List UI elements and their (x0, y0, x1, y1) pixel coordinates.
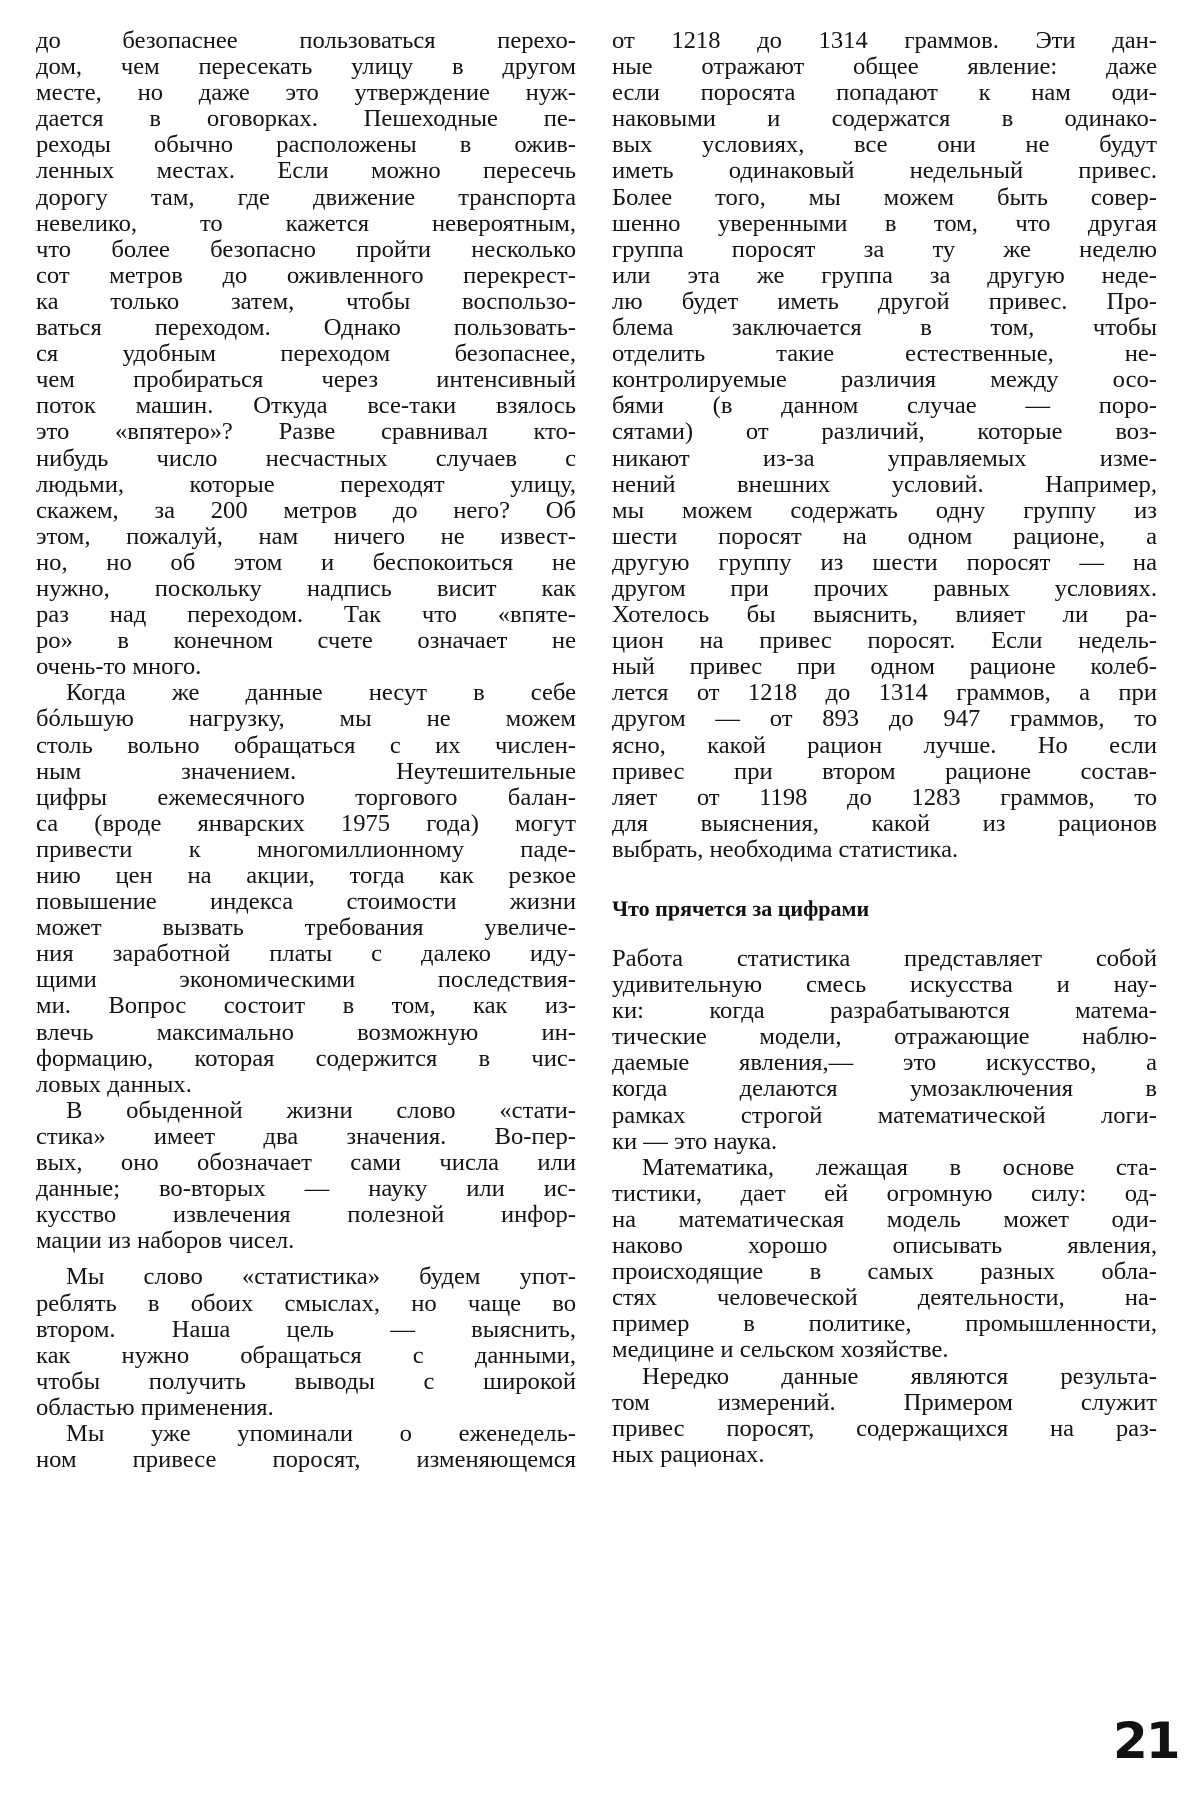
text-line: бями (в данном случае — поро- (612, 393, 1157, 419)
text-line: нений внешних условий. Например, (612, 472, 1157, 498)
text-line: данные; во-вторых — науку или ис- (36, 1176, 576, 1202)
text-line: контролируемые различия между осо- (612, 367, 1157, 393)
text-line: ный привес при одном рационе колеб- (612, 654, 1157, 680)
left-column-text: до безопаснее пользоваться перехо-дом, ч… (36, 28, 576, 1473)
text-line: ся удобным переходом безопаснее, (36, 341, 576, 367)
text-line: ки — это наука. (612, 1129, 1157, 1155)
text-line: лю будет иметь другой привес. Про- (612, 289, 1157, 315)
text-line: Работа статистика представляет собой (612, 946, 1157, 972)
text-line: повышение индекса стоимости жизни (36, 889, 576, 915)
text-line: ка только затем, чтобы воспользо- (36, 289, 576, 315)
text-line: нию цен на акции, тогда как резкое (36, 863, 576, 889)
text-line: поток машин. Откуда все-таки взялось (36, 393, 576, 419)
text-line: В обыденной жизни слово «стати- (36, 1098, 576, 1124)
text-line: Нередко данные являются результа- (612, 1364, 1157, 1390)
text-line: бóльшую нагрузку, мы не можем (36, 706, 576, 732)
text-line: для выяснения, какой из рационов (612, 811, 1157, 837)
text-line: Когда же данные несут в себе (36, 680, 576, 706)
text-line: блема заключается в том, чтобы (612, 315, 1157, 341)
text-line: ми. Вопрос состоит в том, как из- (36, 993, 576, 1019)
text-line: или эта же группа за другую неде- (612, 263, 1157, 289)
text-line: другом при прочих равных условиях. (612, 576, 1157, 602)
text-line: рамках строгой математической логи- (612, 1103, 1157, 1129)
text-line: чем пробираться через интенсивный (36, 367, 576, 393)
text-line: тические модели, отражающие наблю- (612, 1024, 1157, 1050)
section-heading: Что прячется за цифрами (612, 896, 869, 922)
text-line: на математическая модель может оди- (612, 1207, 1157, 1233)
text-line: пример в политике, промышленности, (612, 1311, 1157, 1337)
text-line: скажем, за 200 метров до него? Об (36, 498, 576, 524)
text-line: ном привесе поросят, изменяющемся (36, 1447, 576, 1473)
text-line: привес поросят, содержащихся на раз- (612, 1416, 1157, 1442)
text-line: ные отражают общее явление: даже (612, 54, 1157, 80)
text-line: может вызвать требования увеличе- (36, 915, 576, 941)
text-line: до безопаснее пользоваться перехо- (36, 28, 576, 54)
text-line: месте, но даже это утверждение нуж- (36, 80, 576, 106)
text-line: ки: когда разрабатываются матема- (612, 998, 1157, 1024)
section-body-text: Работа статистика представляет собойудив… (612, 946, 1157, 1468)
text-line: дается в оговорках. Пешеходные пе- (36, 106, 576, 132)
text-line: стях человеческой деятельности, на- (612, 1285, 1157, 1311)
text-line: сятами) от различий, которые воз- (612, 419, 1157, 445)
text-line: вых, оно обозначает сами числа или (36, 1150, 576, 1176)
text-line: привести к многомиллионному паде- (36, 837, 576, 863)
text-line: вых условиях, все они не будут (612, 132, 1157, 158)
text-line: но, но об этом и беспокоиться не (36, 550, 576, 576)
text-line: нибудь число несчастных случаев с (36, 446, 576, 472)
text-line: том измерений. Примером служит (612, 1390, 1157, 1416)
text-line: дом, чем пересекать улицу в другом (36, 54, 576, 80)
text-line: формацию, которая содержится в чис- (36, 1046, 576, 1072)
text-line: наковыми и содержатся в одинако- (612, 106, 1157, 132)
text-line: Мы слово «статистика» будем упот- (36, 1264, 576, 1290)
text-line: стика» имеет два значения. Во-пер- (36, 1124, 576, 1150)
text-line: мы можем содержать одну группу из (612, 498, 1157, 524)
text-line: реходы обычно расположены в ожив- (36, 132, 576, 158)
text-line: втором. Наша цель — выяснить, (36, 1317, 576, 1343)
text-line: людьми, которые переходят улицу, (36, 472, 576, 498)
text-line: это «впятеро»? Разве сравнивал кто- (36, 419, 576, 445)
text-line: что более безопасно пройти несколько (36, 237, 576, 263)
text-line: другом — от 893 до 947 граммов, то (612, 706, 1157, 732)
text-line: ваться переходом. Однако пользовать- (36, 315, 576, 341)
text-line: удивительную смесь искусства и нау- (612, 972, 1157, 998)
text-line: областью применения. (36, 1395, 576, 1421)
text-line: иметь одинаковый недельный привес. (612, 158, 1157, 184)
text-line: реблять в обоих смыслах, но чаще во (36, 1291, 576, 1317)
text-line: шести поросят на одном рационе, а (612, 524, 1157, 550)
text-line: выбрать, необходима статистика. (612, 837, 1157, 863)
text-line: дорогу там, где движение транспорта (36, 185, 576, 211)
text-line: когда делаются умозаключения в (612, 1076, 1157, 1102)
text-line: са (вроде январских 1975 года) могут (36, 811, 576, 837)
text-line: наково хорошо описывать явления, (612, 1233, 1157, 1259)
text-line: группа поросят за ту же неделю (612, 237, 1157, 263)
text-line: даемые явления,— это искусство, а (612, 1050, 1157, 1076)
text-line: другую группу из шести поросят — на (612, 550, 1157, 576)
text-line: Математика, лежащая в основе ста- (612, 1155, 1157, 1181)
text-line: никают из-за управляемых изме- (612, 446, 1157, 472)
text-line: от 1218 до 1314 граммов. Эти дан- (612, 28, 1157, 54)
text-line: цион на привес поросят. Если недель- (612, 628, 1157, 654)
text-line: ния заработной платы с далеко иду- (36, 941, 576, 967)
text-line: цифры ежемесячного торгового балан- (36, 785, 576, 811)
text-line: Более того, мы можем быть совер- (612, 185, 1157, 211)
text-line: привес при втором рационе состав- (612, 759, 1157, 785)
text-line: ясно, какой рацион лучше. Но если (612, 733, 1157, 759)
text-line: раз над переходом. Так что «впяте- (36, 602, 576, 628)
text-line: щими экономическими последствия- (36, 967, 576, 993)
text-line: влечь максимально возможную ин- (36, 1020, 576, 1046)
text-line: отделить такие естественные, не- (612, 341, 1157, 367)
text-line: Мы уже упоминали о еженедель- (36, 1421, 576, 1447)
text-line: ным значением. Неутешительные (36, 759, 576, 785)
text-line: если поросята попадают к нам оди- (612, 80, 1157, 106)
text-line: нужно, поскольку надпись висит как (36, 576, 576, 602)
page-number: 21 (1113, 1712, 1179, 1770)
text-line: невелико, то кажется невероятным, (36, 211, 576, 237)
text-line: сот метров до оживленного перекрест- (36, 263, 576, 289)
text-line: шенно уверенными в том, что другая (612, 211, 1157, 237)
text-line: ленных местах. Если можно пересечь (36, 158, 576, 184)
text-line: чтобы получить выводы с широкой (36, 1369, 576, 1395)
text-line: мации из наборов чисел. (36, 1228, 576, 1254)
text-line: Хотелось бы выяснить, влияет ли ра- (612, 602, 1157, 628)
book-page: до безопаснее пользоваться перехо-дом, ч… (0, 0, 1200, 1814)
text-line: столь вольно обращаться с их числен- (36, 733, 576, 759)
text-line: этом, пожалуй, нам ничего не извест- (36, 524, 576, 550)
text-line: происходящие в самых разных обла- (612, 1259, 1157, 1285)
text-line: тистики, дает ей огромную силу: од- (612, 1181, 1157, 1207)
text-line: ловых данных. (36, 1072, 576, 1098)
text-line: ляет от 1198 до 1283 граммов, то (612, 785, 1157, 811)
text-line: ро» в конечном счете означает не (36, 628, 576, 654)
text-line: лется от 1218 до 1314 граммов, а при (612, 680, 1157, 706)
text-line: очень-то много. (36, 654, 576, 680)
text-line: ных рационах. (612, 1442, 1157, 1468)
text-line: медицине и сельском хозяйстве. (612, 1337, 1157, 1363)
text-line: кусство извлечения полезной инфор- (36, 1202, 576, 1228)
right-column-text: от 1218 до 1314 граммов. Эти дан-ные отр… (612, 28, 1157, 863)
text-line: как нужно обращаться с данными, (36, 1343, 576, 1369)
